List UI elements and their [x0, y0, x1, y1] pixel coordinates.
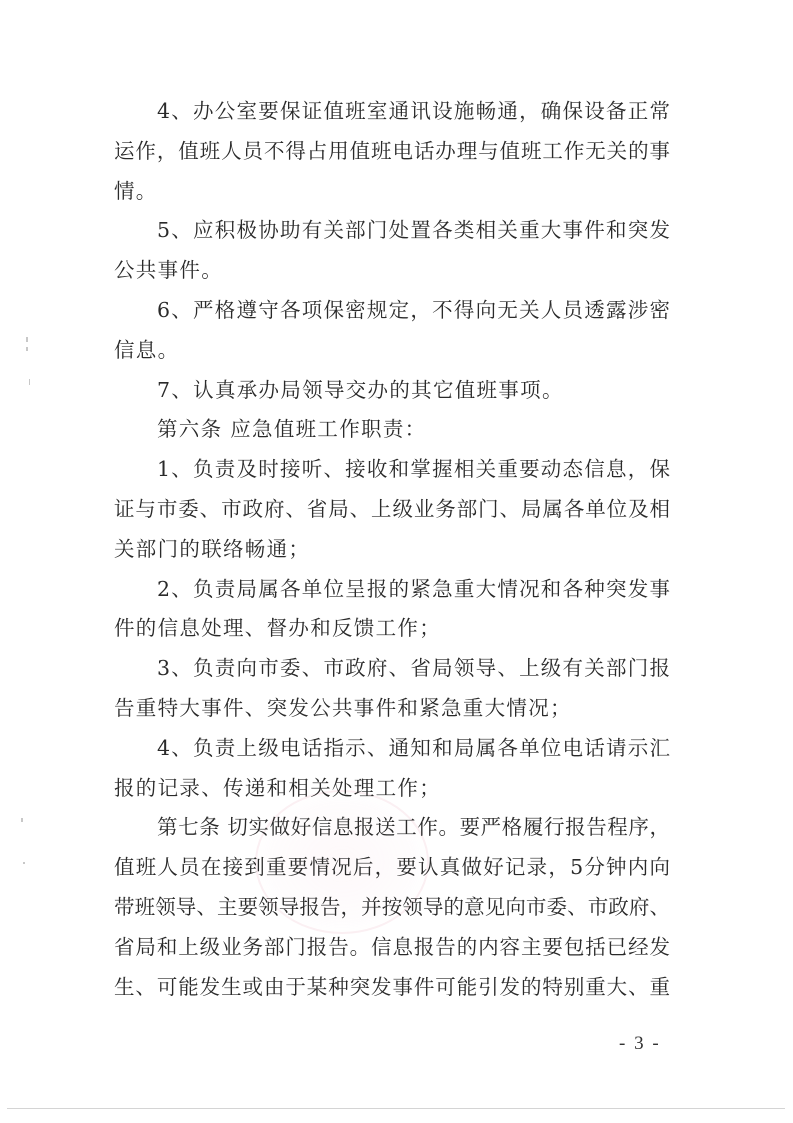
margin-mark	[23, 862, 25, 864]
bottom-rule	[7, 1108, 785, 1109]
text-line: 4、办公室要保证值班室通讯设施畅通，确保设备正常	[114, 92, 670, 132]
text-line: 情。	[114, 172, 670, 212]
text-line: 运作，值班人员不得占用值班电话办理与值班工作无关的事	[114, 132, 670, 172]
document-page: 4、办公室要保证值班室通讯设施畅通，确保设备正常运作，值班人员不得占用值班电话办…	[0, 0, 793, 1123]
text-line: 带班领导、主要领导报告，并按领导的意见向市委、市政府、	[114, 888, 670, 928]
text-line: 告重特大事件、突发公共事件和紧急重大情况；	[114, 689, 670, 729]
margin-mark	[21, 818, 23, 822]
margin-mark	[29, 379, 30, 385]
text-line: 1、负责及时接听、接收和掌握相关重要动态信息，保	[114, 450, 670, 490]
text-line: 4、负责上级电话指示、通知和局属各单位电话请示汇	[114, 729, 670, 769]
text-line: 6、严格遵守各项保密规定，不得向无关人员透露涉密	[114, 291, 670, 331]
text-line: 证与市委、市政府、省局、上级业务部门、局属各单位及相	[114, 490, 670, 530]
text-line: 件的信息处理、督办和反馈工作；	[114, 609, 670, 649]
text-line: 公共事件。	[114, 251, 670, 291]
text-line: 值班人员在接到重要情况后，要认真做好记录，5分钟内向	[114, 848, 670, 888]
text-line: 报的记录、传递和相关处理工作；	[114, 769, 670, 809]
page-number: - 3 -	[619, 1033, 661, 1055]
text-line: 7、认真承办局领导交办的其它值班事项。	[114, 371, 670, 411]
text-line: 5、应积极协助有关部门处置各类相关重大事件和突发	[114, 211, 670, 251]
body-text: 4、办公室要保证值班室通讯设施畅通，确保设备正常运作，值班人员不得占用值班电话办…	[114, 92, 670, 1007]
text-line: 生、可能发生或由于某种突发事件可能引发的特别重大、重	[114, 968, 670, 1008]
margin-mark	[26, 337, 28, 342]
text-line: 信息。	[114, 331, 670, 371]
text-line: 省局和上级业务部门报告。信息报告的内容主要包括已经发	[114, 928, 670, 968]
text-line: 3、负责向市委、市政府、省局领导、上级有关部门报	[114, 649, 670, 689]
text-line: 第七条 切实做好信息报送工作。要严格履行报告程序，	[114, 808, 670, 848]
text-line: 第六条 应急值班工作职责：	[114, 410, 670, 450]
margin-mark	[26, 347, 28, 351]
text-line: 2、负责局属各单位呈报的紧急重大情况和各种突发事	[114, 570, 670, 610]
text-line: 关部门的联络畅通；	[114, 530, 670, 570]
